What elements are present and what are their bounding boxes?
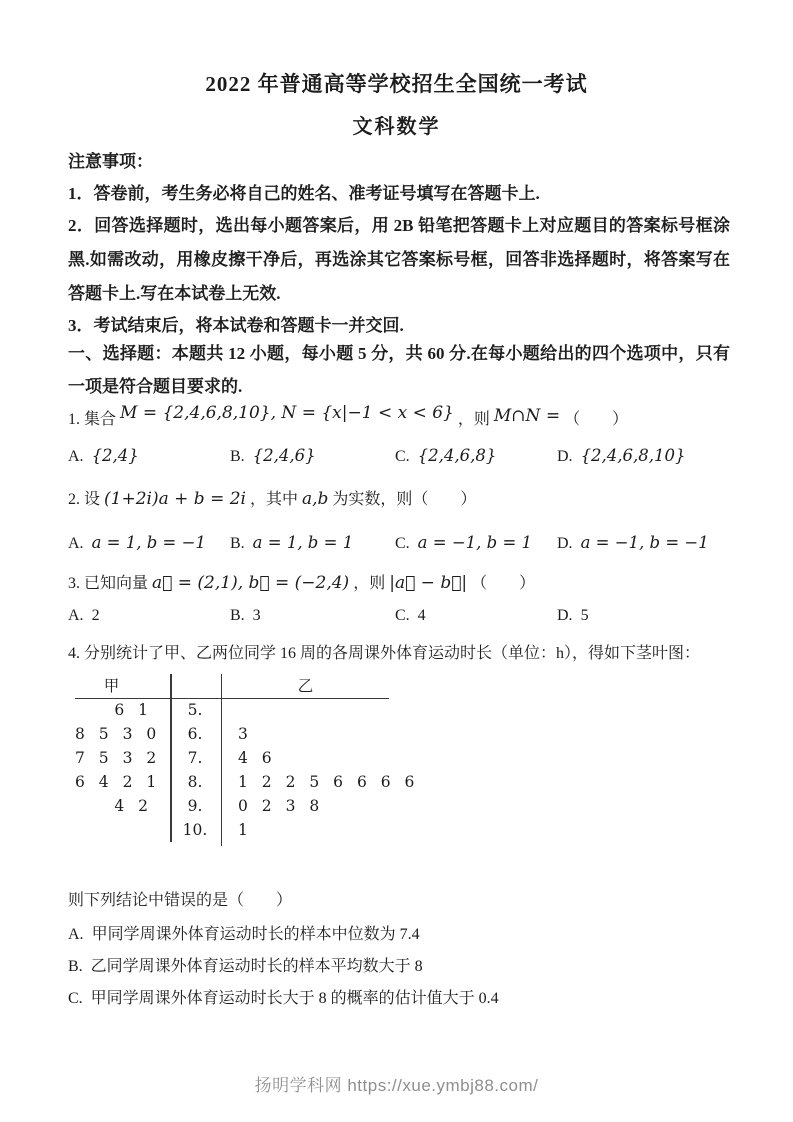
q1-option-d: D.{2,4,6,8,10} bbox=[557, 446, 686, 466]
q1-mid: ，则 bbox=[458, 411, 490, 428]
stemleaf-vertical-rule-left bbox=[170, 674, 172, 842]
notices-label: 注意事项： bbox=[68, 145, 730, 179]
q3-prefix: 3. 已知向量 bbox=[68, 575, 148, 592]
stemleaf-row: 6 1 5. bbox=[75, 698, 391, 722]
question-1-stem: 1. 集合 M = {2,4,6,8,10}, N = {x|−1 < x < … bbox=[68, 406, 730, 429]
q2-option-b: B.a = 1, b = 1 bbox=[230, 533, 353, 553]
stemleaf-row: 6 4 2 1 8. 1 2 2 5 6 6 6 6 bbox=[75, 770, 391, 794]
q3-option-b: B.3 bbox=[230, 607, 261, 625]
stemleaf-row: 8 5 3 0 6. 3 bbox=[75, 722, 391, 746]
q1-formula: M = {2,4,6,8,10}, N = {x|−1 < x < 6} bbox=[120, 403, 454, 423]
question-3-options: A.2 B.3 C.4 D.5 bbox=[68, 607, 748, 631]
exam-title: 2022 年普通高等学校招生全国统一考试 bbox=[0, 68, 793, 98]
q2-formula2: a,b bbox=[302, 489, 328, 509]
exam-paper-page: 2022 年普通高等学校招生全国统一考试 文科数学 注意事项： 1．答卷前，考生… bbox=[0, 0, 793, 1122]
stemleaf-horizontal-rule bbox=[75, 698, 389, 699]
watermark-site-name: 扬明学科网 bbox=[255, 1076, 343, 1095]
question-1-options: A.{2,4} B.{2,4,6} C.{2,4,6,8} D.{2,4,6,8… bbox=[68, 446, 748, 470]
stemleaf-row: 7 5 3 2 7. 4 6 bbox=[75, 746, 391, 770]
stem-and-leaf-plot: 甲 乙 6 1 5. 8 5 3 0 6. 3 7 5 3 2 7. 4 6 6… bbox=[75, 674, 391, 846]
notice-item-1: 1．答卷前，考生务必将自己的姓名、准考证号填写在答题卡上. bbox=[68, 177, 730, 211]
stemleaf-left-header: 甲 bbox=[75, 674, 170, 698]
q4-option-b: B.乙同学周课外体育运动时长的样本平均数大于 8 bbox=[68, 953, 730, 976]
question-3-stem: 3. 已知向量 a⃗ = (2,1), b⃗ = (−2,4) ，则 |a⃗ −… bbox=[68, 570, 730, 593]
q3-option-d: D.5 bbox=[557, 607, 589, 625]
stemleaf-row: 4 2 9. 0 2 3 8 bbox=[75, 794, 391, 818]
q3-formula: a⃗ = (2,1), b⃗ = (−2,4) bbox=[152, 573, 349, 593]
q1-option-c: C.{2,4,6,8} bbox=[395, 446, 496, 466]
q1-option-b: B.{2,4,6} bbox=[230, 446, 316, 466]
question-2-options: A.a = 1, b = −1 B.a = 1, b = 1 C.a = −1,… bbox=[68, 533, 748, 557]
q1-formula2: M∩N = bbox=[494, 406, 560, 426]
notice-item-2: 2．回答选择题时，选出每小题答案后，用 2B 铅笔把答题卡上对应题目的答案标号框… bbox=[68, 209, 730, 311]
stemleaf-right-header: 乙 bbox=[220, 674, 391, 698]
q2-mid: ，其中 bbox=[250, 491, 298, 508]
q1-paren: （ ） bbox=[564, 411, 628, 428]
question-4-stem: 4. 分别统计了甲、乙两位同学 16 周的各周课外体育运动时长（单位：h），得如… bbox=[68, 640, 730, 663]
exam-subject: 文科数学 bbox=[0, 110, 793, 139]
question-2-stem: 2. 设 (1+2i)a + b = 2i ，其中 a,b 为实数，则（ ） bbox=[68, 486, 730, 509]
section-1-heading: 一、选择题：本题共 12 小题，每小题 5 分，共 60 分.在每小题给出的四个… bbox=[68, 337, 730, 403]
q3-paren: （ ） bbox=[471, 575, 535, 592]
q2-prefix: 2. 设 bbox=[68, 491, 100, 508]
q2-tail: 为实数，则（ ） bbox=[332, 491, 476, 508]
q3-option-a: A.2 bbox=[68, 607, 100, 625]
q3-mid: ，则 bbox=[353, 575, 385, 592]
q3-formula2: |a⃗ − b⃗| bbox=[389, 573, 467, 593]
q2-option-c: C.a = −1, b = 1 bbox=[395, 533, 532, 553]
q3-option-c: C.4 bbox=[395, 607, 426, 625]
q1-prefix: 1. 集合 bbox=[68, 411, 116, 428]
watermark-footer: 扬明学科网 https://xue.ymbj88.com/ bbox=[0, 1071, 793, 1096]
q4-option-a: A.甲同学周课外体育运动时长的样本中位数为 7.4 bbox=[68, 921, 730, 944]
watermark-url: https://xue.ymbj88.com/ bbox=[347, 1076, 538, 1095]
q4-option-c: C.甲同学周课外体育运动时长大于 8 的概率的估计值大于 0.4 bbox=[68, 985, 730, 1008]
q2-option-a: A.a = 1, b = −1 bbox=[68, 533, 206, 553]
stemleaf-vertical-rule-right bbox=[221, 674, 222, 846]
q2-option-d: D.a = −1, b = −1 bbox=[557, 533, 709, 553]
question-4-conclusion: 则下列结论中错误的是（ ） bbox=[68, 887, 730, 910]
stemleaf-row: 10. 1 bbox=[75, 818, 391, 842]
q1-option-a: A.{2,4} bbox=[68, 446, 139, 466]
stemleaf-header: 甲 乙 bbox=[75, 674, 391, 698]
q2-formula: (1+2i)a + b = 2i bbox=[104, 489, 246, 509]
